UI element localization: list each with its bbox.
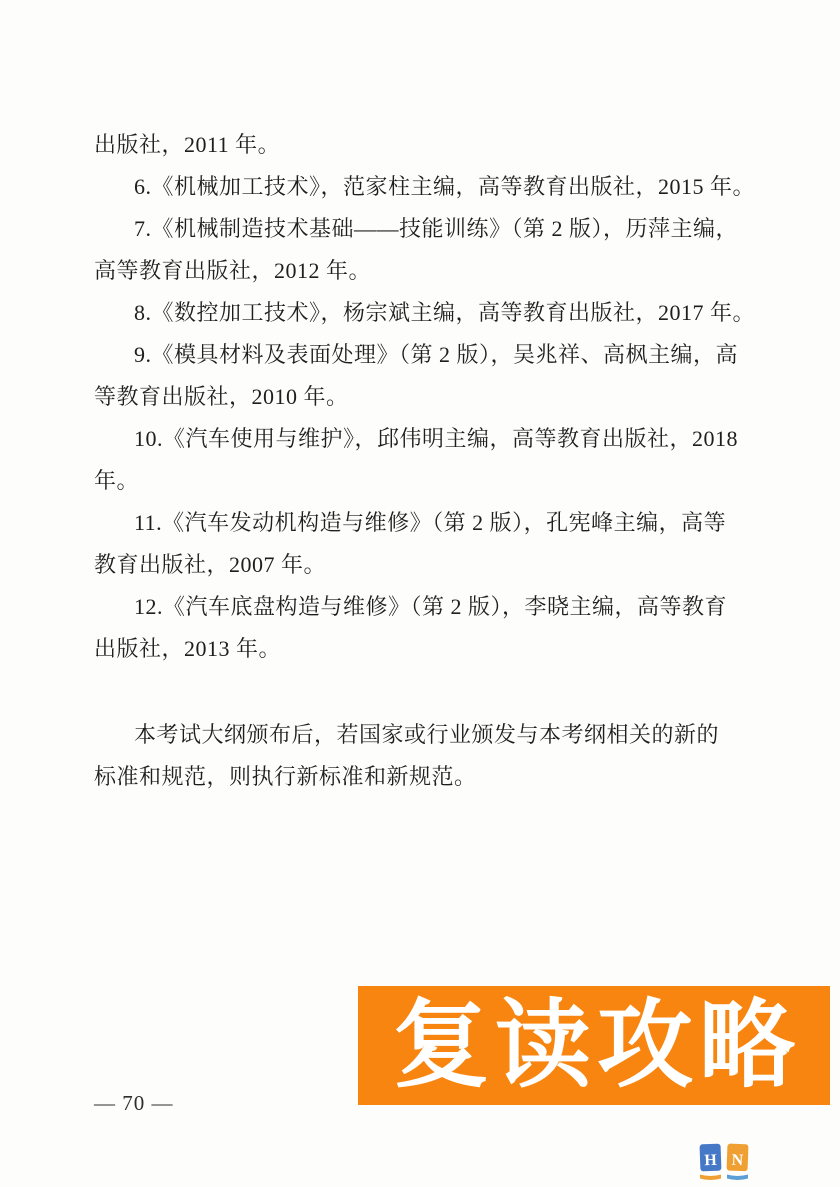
page-number: — 70 — [94, 1091, 174, 1116]
logo-letter-h: H [704, 1152, 718, 1169]
promo-banner-text: 复读攻略 [387, 998, 801, 1094]
paragraph: 出版社，2011 年。 [94, 124, 770, 166]
hn-logo: H N [699, 1141, 751, 1183]
paragraph: 7.《机械制造技术基础——技能训练》（第 2 版），历萍主编， 高等教育出版社，… [94, 208, 770, 292]
promo-banner: 复读攻略 [358, 986, 830, 1105]
paragraph: 6.《机械加工技术》，范家柱主编，高等教育出版社，2015 年。 [94, 166, 770, 208]
document-page: 出版社，2011 年。6.《机械加工技术》，范家柱主编，高等教育出版社，2015… [0, 0, 840, 1187]
paragraph: 12.《汽车底盘构造与维修》（第 2 版），李晓主编，高等教育 出版社，2013… [94, 586, 770, 670]
logo-letter-n: N [731, 1152, 744, 1169]
hn-logo-graphic: H N [699, 1141, 751, 1183]
paragraph: 11.《汽车发动机构造与维修》（第 2 版），孔宪峰主编，高等 教育出版社，20… [94, 502, 770, 586]
logo-left-swoosh [700, 1175, 721, 1181]
document-body: 出版社，2011 年。6.《机械加工技术》，范家柱主编，高等教育出版社，2015… [94, 124, 770, 798]
paragraph: 9.《模具材料及表面处理》（第 2 版），吴兆祥、高枫主编，高 等教育出版社，2… [94, 334, 770, 418]
logo-right-swoosh [727, 1175, 748, 1181]
paragraph: 10.《汽车使用与维护》，邱伟明主编，高等教育出版社，2018 年。 [94, 418, 770, 502]
paragraph: 本考试大纲颁布后，若国家或行业颁发与本考纲相关的新的 标准和规范，则执行新标准和… [94, 714, 770, 798]
paragraph: 8.《数控加工技术》，杨宗斌主编，高等教育出版社，2017 年。 [94, 292, 770, 334]
